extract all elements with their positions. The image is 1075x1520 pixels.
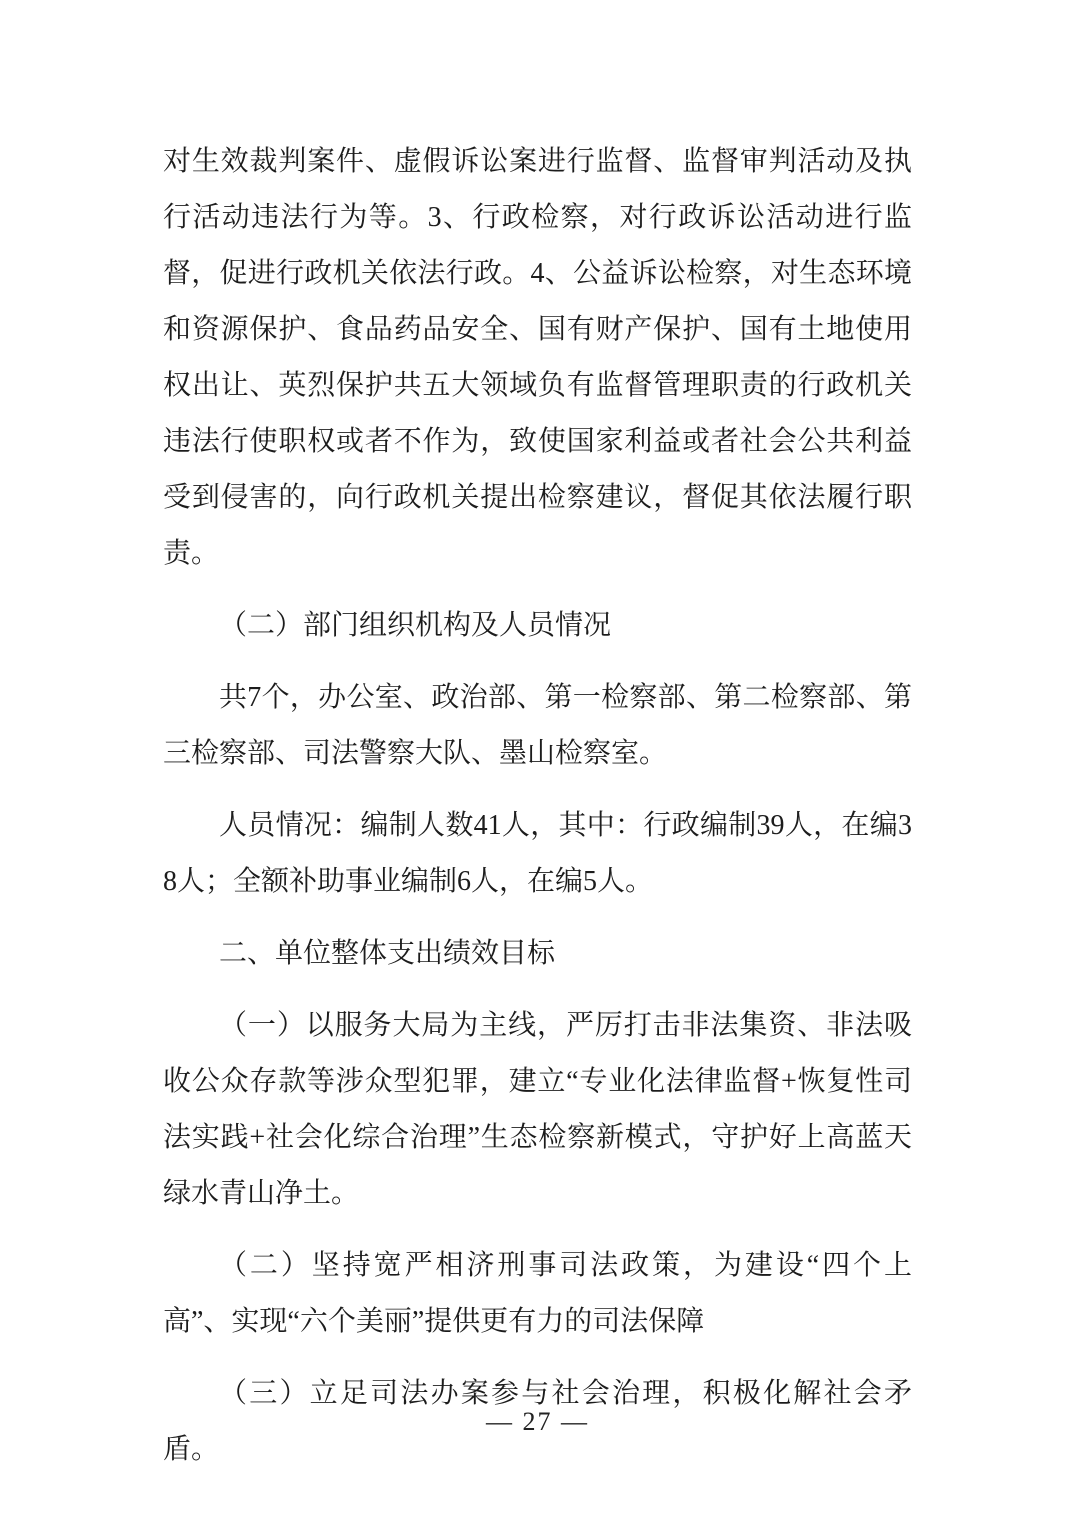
paragraph-goal-two: （二）坚持宽严相济刑事司法政策，为建设“四个上高”、实现“六个美丽”提供更有力的…: [163, 1238, 912, 1350]
paragraph-heading-performance-goals: 二、单位整体支出绩效目标: [163, 926, 912, 982]
page-number: — 27 —: [486, 1407, 589, 1436]
document-page: 对生效裁判案件、虚假诉讼案进行监督、监督审判活动及执行活动违法行为等。3、行政检…: [0, 0, 1075, 1520]
document-body: 对生效裁判案件、虚假诉讼案进行监督、监督审判活动及执行活动违法行为等。3、行政检…: [163, 134, 912, 1494]
paragraph-continuation-duties: 对生效裁判案件、虚假诉讼案进行监督、监督审判活动及执行活动违法行为等。3、行政检…: [163, 134, 912, 582]
paragraph-departments-list: 共7个，办公室、政治部、第一检察部、第二检察部、第三检察部、司法警察大队、墨山检…: [163, 670, 912, 782]
paragraph-staffing-figures: 人员情况：编制人数41人，其中：行政编制39人，在编38人；全额补助事业编制6人…: [163, 798, 912, 910]
paragraph-goal-one: （一）以服务大局为主线，严厉打击非法集资、非法吸收公众存款等涉众型犯罪，建立“专…: [163, 998, 912, 1222]
page-footer: — 27 —: [0, 1406, 1075, 1438]
paragraph-heading-organization: （二）部门组织机构及人员情况: [163, 598, 912, 654]
